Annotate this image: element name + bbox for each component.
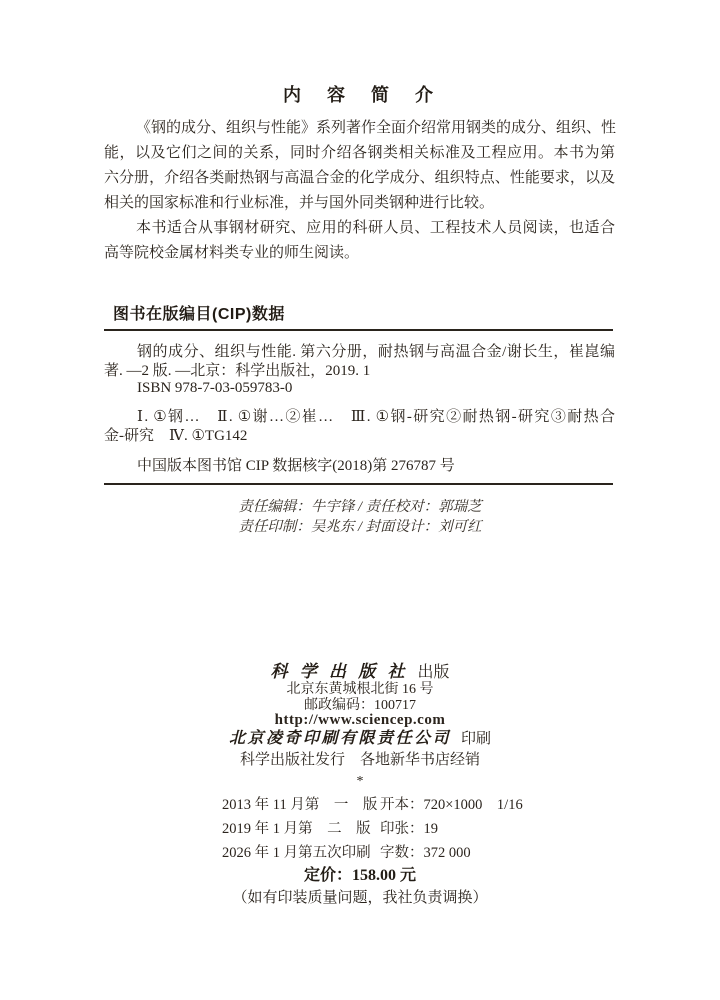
staff-credits: 责任编辑：牛宇锋 / 责任校对：郭瑞芝 责任印制：吴兆东 / 封面设计：刘可红 [0, 497, 720, 537]
edition-details: 2013 年 11 月第 一 版开本：720×1000 1/16 2019 年 … [222, 793, 523, 865]
printer-name: 北京凌奇印刷有限责任公司 [229, 730, 451, 747]
intro-paragraph-line: 相关的国家标准和行业标准，并与国外同类钢种进行比较。 [104, 191, 615, 216]
distribution-line: 科学出版社发行 各地新华书店经销 [0, 751, 720, 769]
credits-line-production: 责任印制：吴兆东 / 封面设计：刘可红 [0, 517, 720, 537]
printer-imprint: 北京凌奇印刷有限责任公司印刷 [0, 727, 720, 751]
cip-record-number: 中国版本图书馆 CIP 数据核字(2018)第 276787 号 [104, 457, 615, 476]
publisher-name: 科 学 出 版 社 [270, 662, 408, 681]
separator-asterisk: * [0, 774, 720, 790]
cip-classification: Ⅰ. ①钢… Ⅱ. ①谢…②崔… Ⅲ. ①钢-研究②耐热钢-研究③耐热合 金-研… [104, 408, 615, 446]
intro-paragraph-line: 六分册，介绍各类耐热钢与高温合金的化学成分、组织特点、性能要求，以及 [104, 166, 615, 191]
isbn-number: ISBN 978-7-03-059783-0 [104, 379, 615, 398]
edition-spec: 字数：372 000 [380, 845, 471, 861]
printer-role-label: 印刷 [461, 731, 491, 747]
cip-classification-line: Ⅰ. ①钢… Ⅱ. ①谢…②崔… Ⅲ. ①钢-研究②耐热钢-研究③耐热合 [104, 408, 615, 427]
edition-row: 2019 年 1 月第 二 版印张：19 [222, 817, 523, 841]
quality-guarantee-note: （如有印装质量问题，我社负责调换） [0, 888, 720, 908]
edition-date: 2019 年 1 月第 二 版 [222, 817, 380, 841]
edition-date: 2013 年 11 月第 一 版 [222, 793, 380, 817]
edition-date: 2026 年 1 月第五次印刷 [222, 841, 380, 865]
page-title: 内 容 简 介 [0, 83, 720, 107]
intro-paragraph-line: 本书适合从事钢材研究、应用的科研人员、工程技术人员阅读，也适合 [104, 216, 615, 241]
price-line: 定价：158.00 元 [0, 866, 720, 886]
edition-spec: 开本：720×1000 1/16 [380, 797, 523, 813]
edition-row: 2013 年 11 月第 一 版开本：720×1000 1/16 [222, 793, 523, 817]
cip-biblio-line: 钢的成分、组织与性能. 第六分册，耐热钢与高温合金/谢长生，崔崑编 [104, 343, 615, 362]
edition-spec: 印张：19 [380, 821, 438, 837]
divider-bottom [104, 483, 613, 485]
intro-section: 《钢的成分、组织与性能》系列著作全面介绍常用钢类的成分、组织、性 能，以及它们之… [104, 116, 615, 266]
cip-heading: 图书在版编目(CIP)数据 [113, 304, 285, 326]
publisher-role-label: 出版 [417, 664, 449, 681]
intro-paragraph-line: 能，以及它们之间的关系，同时介绍各钢类相关标准及工程应用。本书为第 [104, 141, 615, 166]
divider-top [104, 329, 613, 331]
intro-paragraph-line: 高等院校金属材料类专业的师生阅读。 [104, 241, 615, 266]
edition-row: 2026 年 1 月第五次印刷字数：372 000 [222, 841, 523, 865]
credits-line-editors: 责任编辑：牛宇锋 / 责任校对：郭瑞芝 [0, 497, 720, 517]
book-copyright-page: 内 容 简 介 《钢的成分、组织与性能》系列著作全面介绍常用钢类的成分、组织、性… [0, 0, 720, 1000]
cip-classification-line: 金-研究 Ⅳ. ①TG142 [104, 427, 615, 446]
cip-bibliographic-entry: 钢的成分、组织与性能. 第六分册，耐热钢与高温合金/谢长生，崔崑编 著. —2 … [104, 343, 615, 381]
intro-paragraph-line: 《钢的成分、组织与性能》系列著作全面介绍常用钢类的成分、组织、性 [104, 116, 615, 141]
